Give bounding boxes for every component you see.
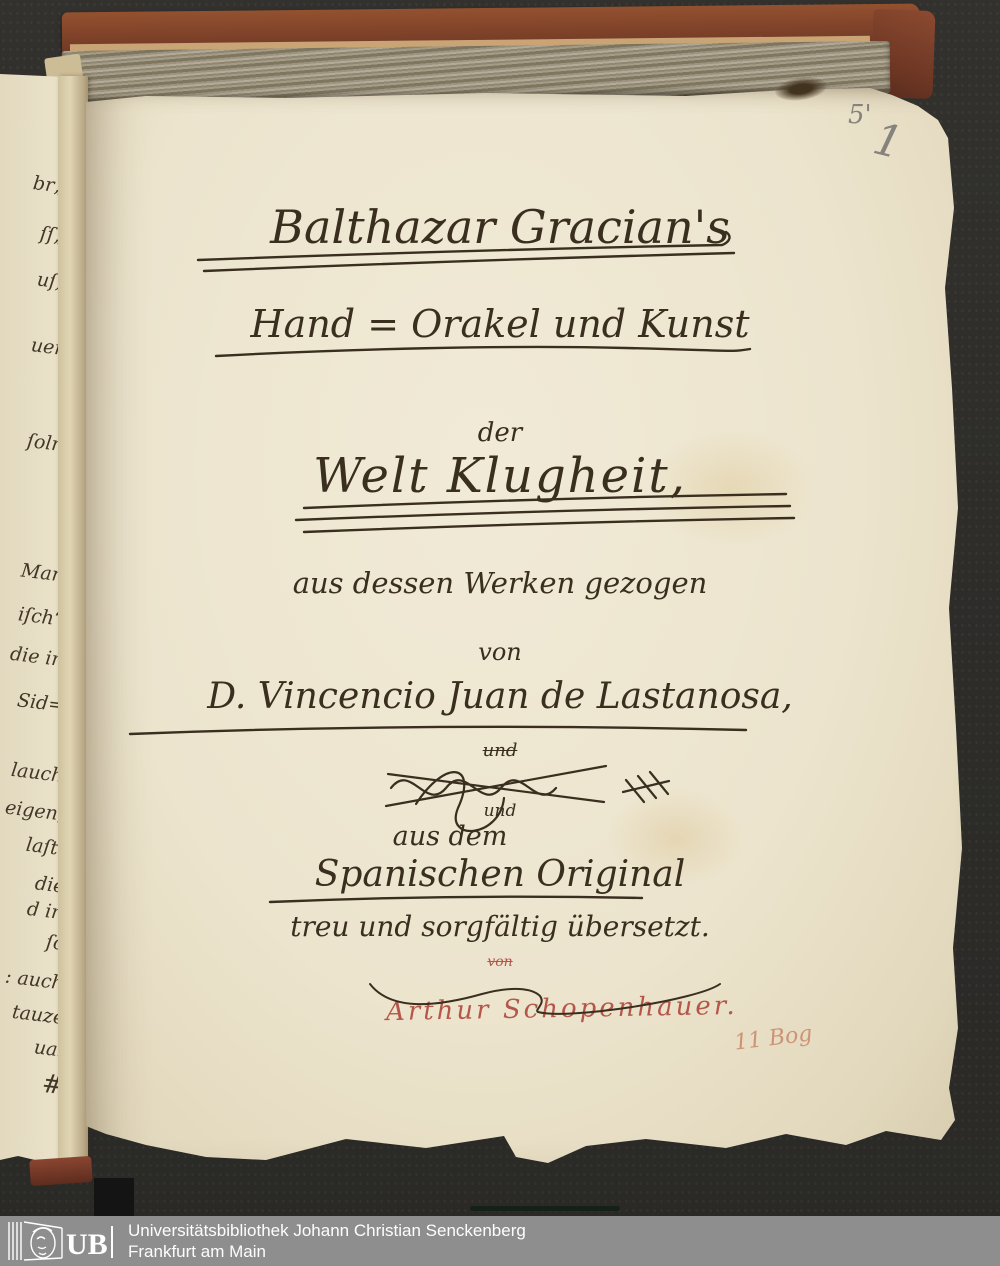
pencil-folio-number: 5'	[848, 100, 872, 130]
underline-weltklugheit-3	[304, 518, 794, 532]
manuscript-line-von-red-struck: von	[106, 954, 894, 970]
left-page-text-fragment: tauze	[10, 1001, 65, 1029]
left-page-text-fragment: die in	[9, 643, 65, 671]
goethe-portrait-sketch	[31, 1228, 55, 1258]
manuscript-line-schopenhauer-red: Arthur Schopenhauer.	[386, 991, 738, 1027]
manuscript-title-page: 5' 1 Balthazar Gracian's Hand = Orakel u…	[86, 88, 964, 1166]
pencil-stroke-mark: 1	[868, 113, 908, 169]
manuscript-line-und-struck: und	[106, 740, 894, 761]
manuscript-line-und: und	[106, 801, 894, 821]
manuscript-line-drawn-from-works: aus dessen Werken gezogen	[106, 566, 894, 600]
manuscript-scan-viewer: br„ ſſ„ uſ) uer ſoln Man iſch“ die in Si…	[0, 0, 1000, 1266]
library-footer-bar: UB Universitätsbibliothek Johann Christi…	[0, 1216, 1000, 1266]
manuscript-note-bogen-red: 11 Bog	[733, 1021, 814, 1055]
manuscript-line-lastanosa: D. Vincencio Juan de Lastanosa,	[106, 676, 894, 717]
left-page-text-fragment: lauch	[10, 759, 65, 787]
underline-work-title	[216, 347, 750, 356]
underline-weltklugheit-2	[296, 506, 790, 520]
book-cover-bottom-glimpse	[29, 1156, 93, 1186]
institution-name: Universitätsbibliothek Johann Christian …	[128, 1220, 526, 1241]
institution-city: Frankfurt am Main	[128, 1241, 526, 1262]
book-cradle-edge	[470, 1206, 620, 1211]
ub-library-logo: UB	[6, 1219, 118, 1263]
book-cradle-strap	[94, 1178, 134, 1216]
manuscript-line-spanish-original: Spanischen Original	[106, 854, 894, 895]
manuscript-line-von: von	[106, 638, 894, 666]
manuscript-line-der: der	[106, 418, 894, 448]
page-gutter-fold	[58, 76, 88, 1162]
manuscript-line-aus-dem: aus dem	[6, 821, 894, 852]
manuscript-line-author: Balthazar Gracian's	[106, 200, 894, 254]
underline-author-2	[204, 253, 734, 271]
logo-ub-text: UB	[66, 1228, 108, 1261]
left-page-text-fragment: eigen,	[4, 796, 65, 825]
manuscript-line-weltklugheit: Welt Klugheit,	[106, 448, 894, 504]
underline-spanish-original	[270, 897, 642, 902]
logo-flagpole-lines	[9, 1222, 21, 1260]
left-page-text-fragment: : auch	[4, 965, 65, 994]
underline-lastanosa	[130, 727, 746, 734]
manuscript-line-work-title: Hand = Orakel und Kunst	[106, 302, 894, 346]
manuscript-line-translated: treu und sorgfältig übersetzt.	[106, 910, 894, 943]
